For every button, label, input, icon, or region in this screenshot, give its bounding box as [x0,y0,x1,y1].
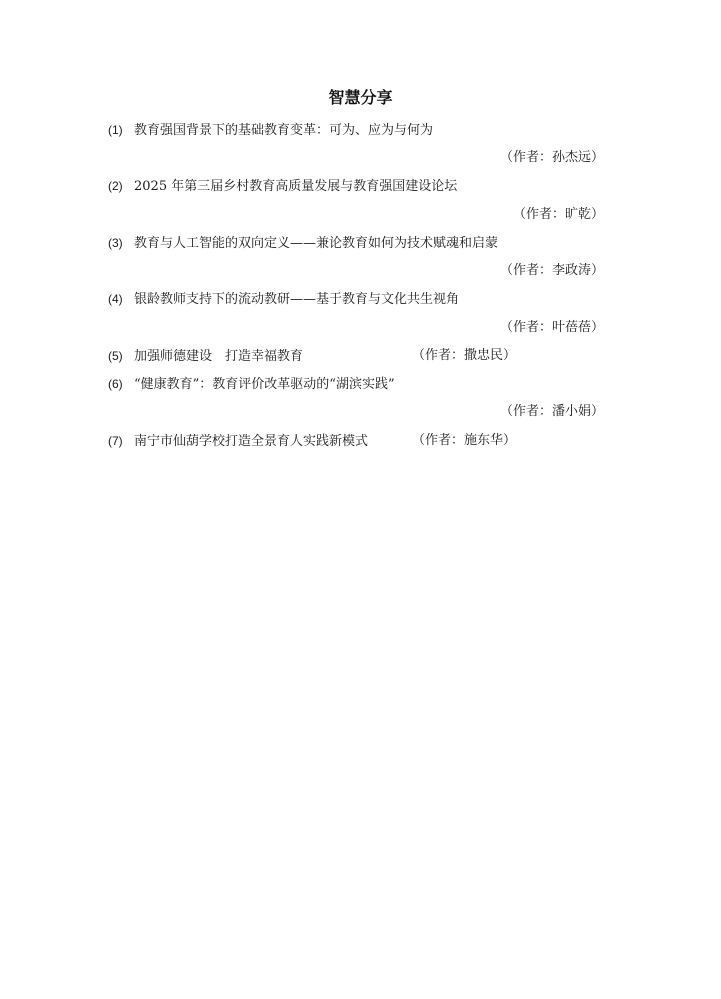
item-author: （作者：孙杰远） [500,149,604,167]
item-number: (2) [108,177,134,195]
item-number: (7) [108,432,134,450]
item-number: (1) [108,121,134,139]
item-title: 2025 年第三届乡村教育高质量发展与教育强国建设论坛 [134,179,457,194]
item-title: 南宁市仙葫学校打造全景育人实践新模式 [134,434,368,449]
item-author: （作者：撒忠民） [412,347,516,365]
item-title: 银龄教师支持下的流动教研——基于教育与文化共生视角 [134,292,459,307]
item-title: 教育强国背景下的基础教育变革：可为、应为与何为 [134,123,433,138]
list-item: (1)教育强国背景下的基础教育变革：可为、应为与何为 [108,121,604,140]
list-item: (3)教育与人工智能的双向定义——兼论教育如何为技术赋魂和启蒙 [108,234,604,253]
page-title: 智慧分享 [0,85,721,108]
item-author: （作者：潘小娟） [500,403,604,421]
list-item: (4)银龄教师支持下的流动教研——基于教育与文化共生视角 [108,290,604,309]
item-number: (6) [108,375,134,393]
item-number: (3) [108,234,134,252]
item-number: (4) [108,290,134,308]
item-author: （作者：李政涛） [500,262,604,280]
item-author: （作者：旷乾） [513,206,604,224]
item-title: “健康教育”：教育评价改革驱动的“湖滨实践” [134,377,395,392]
item-title: 加强师德建设 打造幸福教育 [134,349,303,364]
item-author: （作者：叶蓓蓓） [500,319,604,337]
list-item: (2)2025 年第三届乡村教育高质量发展与教育强国建设论坛 [108,177,604,196]
item-author: （作者：施东华） [412,432,516,450]
item-number: (5) [108,347,134,365]
item-title: 教育与人工智能的双向定义——兼论教育如何为技术赋魂和启蒙 [134,236,498,251]
list-item: (6)“健康教育”：教育评价改革驱动的“湖滨实践” [108,375,604,394]
list-item: (5)加强师德建设 打造幸福教育 [108,347,604,366]
list-item: (7)南宁市仙葫学校打造全景育人实践新模式 [108,432,604,451]
